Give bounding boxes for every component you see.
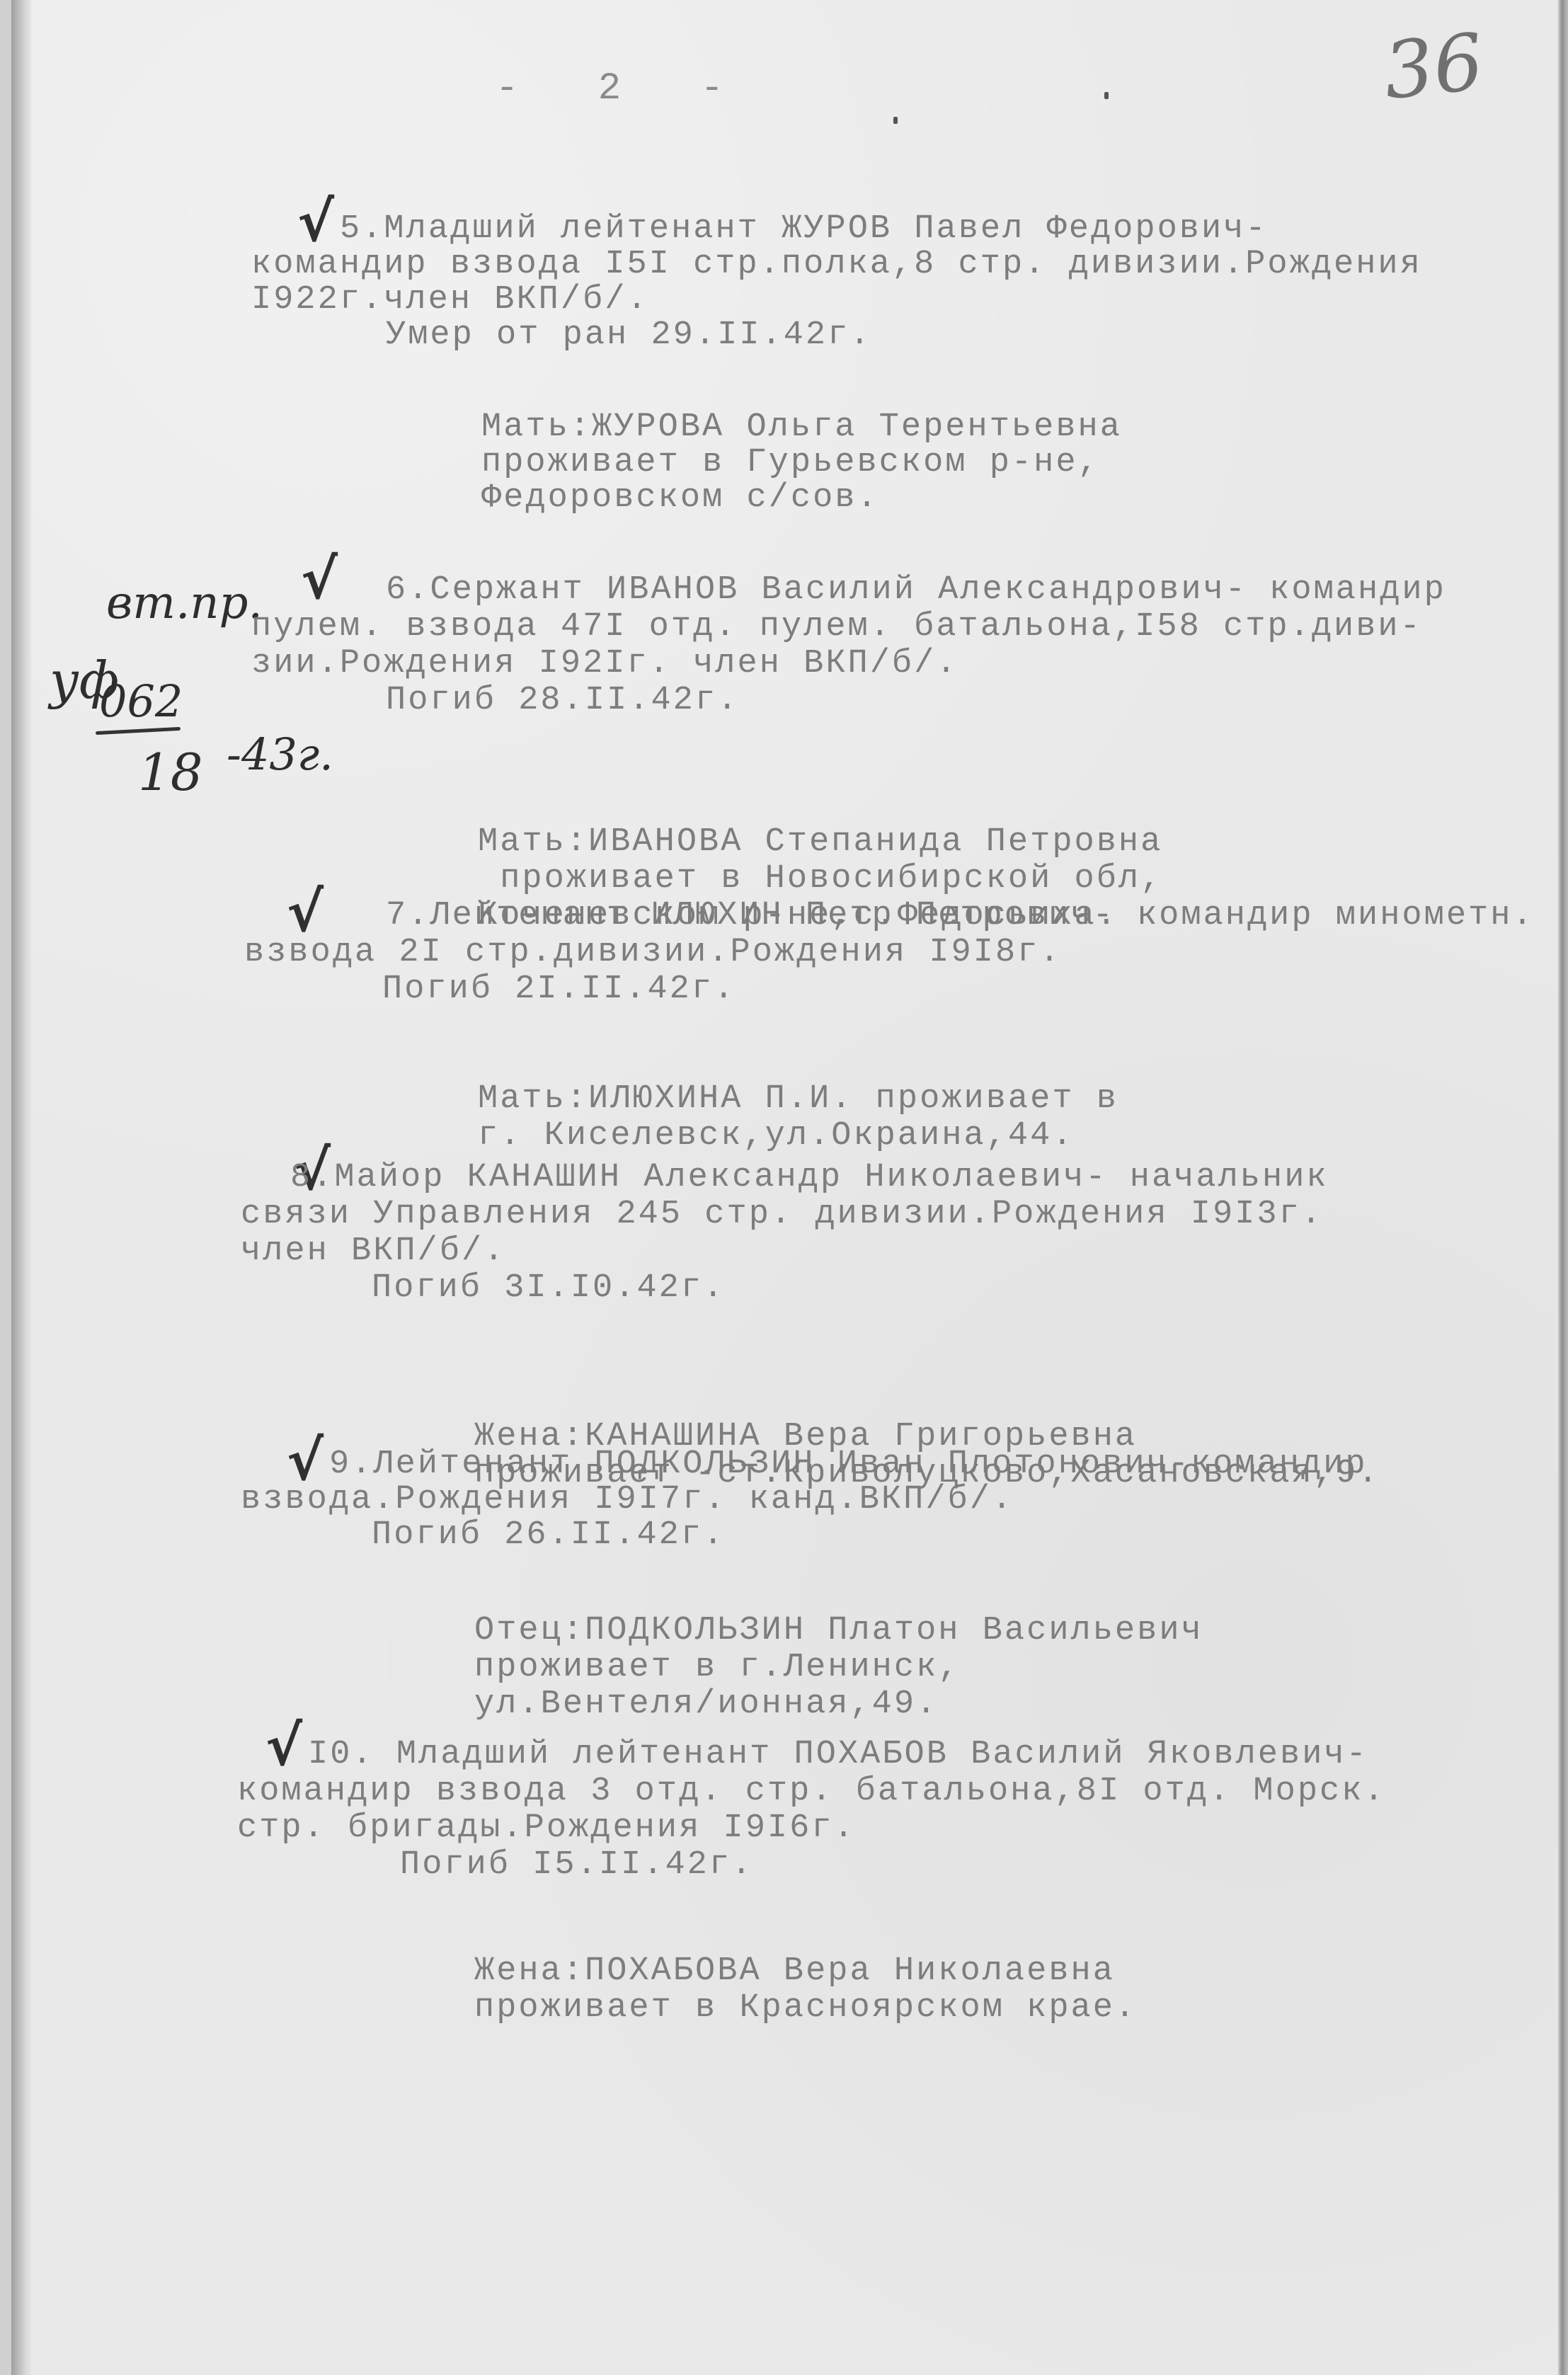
margin-note-vt-pr: вт.пр. xyxy=(106,580,263,626)
entry-text-line: член ВКП/б/. xyxy=(241,1235,505,1268)
entry-text-line: I922г.член ВКП/б/. xyxy=(251,283,649,316)
next-of-kin-name: Мать:ИВАНОВА Степанида Петровна xyxy=(478,825,1162,859)
entry-text-line: взвода 2I стр.дивизии.Рождения I9I8г. xyxy=(244,936,1062,969)
margin-note-year: -43г. xyxy=(227,733,333,777)
ink-speck xyxy=(1104,92,1109,99)
death-date-line: Погиб 26.II.42г. xyxy=(372,1518,725,1552)
next-of-kin-name: Мать:ИЛЮХИНА П.И. проживает в xyxy=(478,1082,1118,1116)
ink-speck xyxy=(893,117,898,124)
entry-text-line: пулем. взвода 47I отд. пулем. батальона,… xyxy=(251,610,1422,643)
entry-text-line: взвода.Рождения I9I7г. канд.ВКП/б/. xyxy=(241,1483,1014,1516)
entry-text-line: стр. бригады.Рождения I9I6г. xyxy=(237,1812,856,1845)
margin-note-fraction-bottom: 18 xyxy=(138,747,203,798)
entry-text-line: командир взвода 3 отд. стр. батальона,8I… xyxy=(237,1775,1386,1808)
death-date-line: Погиб 28.II.42г. xyxy=(386,684,739,717)
entry-text-line: 6.Сержант ИВАНОВ Василий Александрович- … xyxy=(386,573,1446,607)
next-of-kin-address: проживает в Красноярском крае. xyxy=(474,1991,1137,2025)
margin-note-fraction-top: 062 xyxy=(99,680,183,723)
checkmark-icon: √ xyxy=(287,885,324,940)
next-of-kin-name: Отец:ПОДКОЛЬЗИН Платон Васильевич xyxy=(474,1614,1203,1647)
binding-gutter xyxy=(0,0,11,2375)
next-of-kin-address: проживает в г.Ленинск, xyxy=(474,1651,961,1684)
next-of-kin-address: проживает в Гурьевском р-не, xyxy=(481,446,1100,479)
death-date-line: Погиб I5.II.42г. xyxy=(400,1848,753,1882)
checkmark-icon: √ xyxy=(297,195,334,250)
entry-text-line: I0. Младший лейтенант ПОХАБОВ Василий Як… xyxy=(308,1738,1368,1771)
next-of-kin-name: Жена:ПОХАБОВА Вера Николаевна xyxy=(474,1955,1115,1988)
entry-text-line: связи Управления 245 стр. дивизии.Рожден… xyxy=(241,1198,1323,1231)
entry-text-line: 8.Майор КАНАШИН Александр Николаевич- на… xyxy=(290,1161,1329,1194)
entry-text-line: командир взвода I5I стр.полка,8 стр. див… xyxy=(251,248,1422,281)
entry-text-line: 5.Младший лейтенант ЖУРОВ Павел Федорови… xyxy=(340,212,1268,246)
page-right-edge xyxy=(1558,0,1568,2375)
next-of-kin-address: Федоровском с/сов. xyxy=(481,481,879,515)
next-of-kin-name: Мать:ЖУРОВА Ольга Терентьевна xyxy=(481,411,1122,444)
next-of-kin-address: г. Киселевск,ул.Окраина,44. xyxy=(478,1119,1075,1152)
page-number: - 2 - xyxy=(496,67,752,110)
archive-sheet-number: 36 xyxy=(1380,16,1488,117)
next-of-kin-address: проживает в Новосибирской обл, xyxy=(478,862,1162,895)
checkmark-icon: √ xyxy=(265,1719,302,1774)
binding-shadow xyxy=(11,0,31,2375)
death-date-line: Умер от ран 29.II.42г. xyxy=(386,319,872,352)
entry-text-line: зии.Рождения I92Iг. член ВКП/б/. xyxy=(251,647,958,680)
entry-text-line: 7.Лейтенант ИЛЮХИН Петр Петрович- команд… xyxy=(386,899,1535,932)
death-date-line: Погиб 3I.I0.42г. xyxy=(372,1271,725,1305)
next-of-kin-address: ул.Вентеля/ионная,49. xyxy=(474,1688,938,1721)
checkmark-icon: √ xyxy=(301,552,338,607)
death-date-line: Погиб 2I.II.42г. xyxy=(382,973,736,1006)
entry-text-line: 9.Лейтенант ПОДКОЛЬЗИН Иван Плотонович-к… xyxy=(329,1448,1368,1481)
